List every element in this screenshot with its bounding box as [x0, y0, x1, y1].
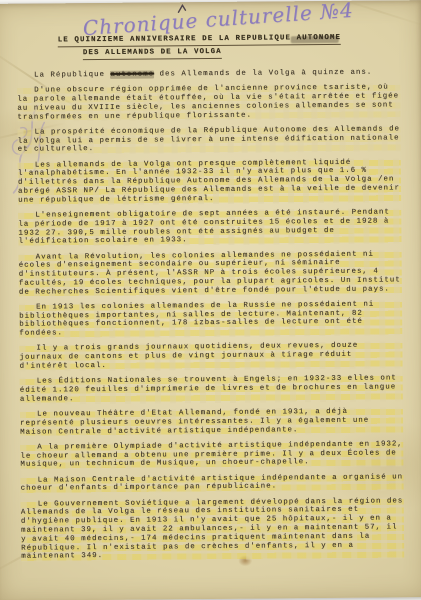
body-paragraph: Les Éditions Nationales se trouvent à En…	[20, 375, 403, 405]
struck-word: autonome	[110, 70, 154, 78]
scanned-page: Chronique culturelle №4 LE QUINZIEME ANN…	[0, 0, 421, 600]
title-line-2: DES ALLEMANDS DE LA VOLGA	[83, 48, 222, 60]
body-paragraph: La prospérité économique de la Républiqu…	[17, 125, 400, 155]
lead-text-post: des Allemands de la Volga à quinze ans.	[154, 69, 372, 79]
ink-tick-mark-icon	[176, 4, 188, 14]
paper-sheet: Chronique culturelle №4 LE QUINZIEME ANN…	[0, 0, 421, 600]
lead-text-pre: La République	[34, 71, 110, 80]
body-paragraph: La Maison Centrale d'activité artistique…	[21, 473, 404, 494]
body-paragraph: A la première Olympiade d'activité artis…	[20, 440, 403, 470]
title-overstrike-smudge	[291, 36, 339, 43]
lead-paragraph: La République autonome des Allemands de …	[17, 68, 400, 80]
body-paragraph: Le nouveau Théâtre d'Etat Allemand, fond…	[20, 407, 403, 437]
body-paragraph: Les allemands de la Volga ont presque co…	[18, 158, 401, 205]
body-paragraph: Avant la Révolution, les colonies allema…	[19, 250, 402, 297]
body-paragraph: D'une obscure région opprimée de l'ancie…	[17, 84, 400, 123]
document-body: La République autonome des Allemands de …	[17, 68, 404, 568]
body-paragraph: En 1913 les colonies allemandes de la Ru…	[19, 300, 402, 339]
body-paragraph: Le Gouvernement Soviétique a largement d…	[21, 497, 405, 562]
body-paragraph: L'enseignement obligatoire de sept année…	[18, 208, 401, 247]
body-paragraph: Il y a trois grands journaux quotidiens,…	[19, 342, 402, 372]
